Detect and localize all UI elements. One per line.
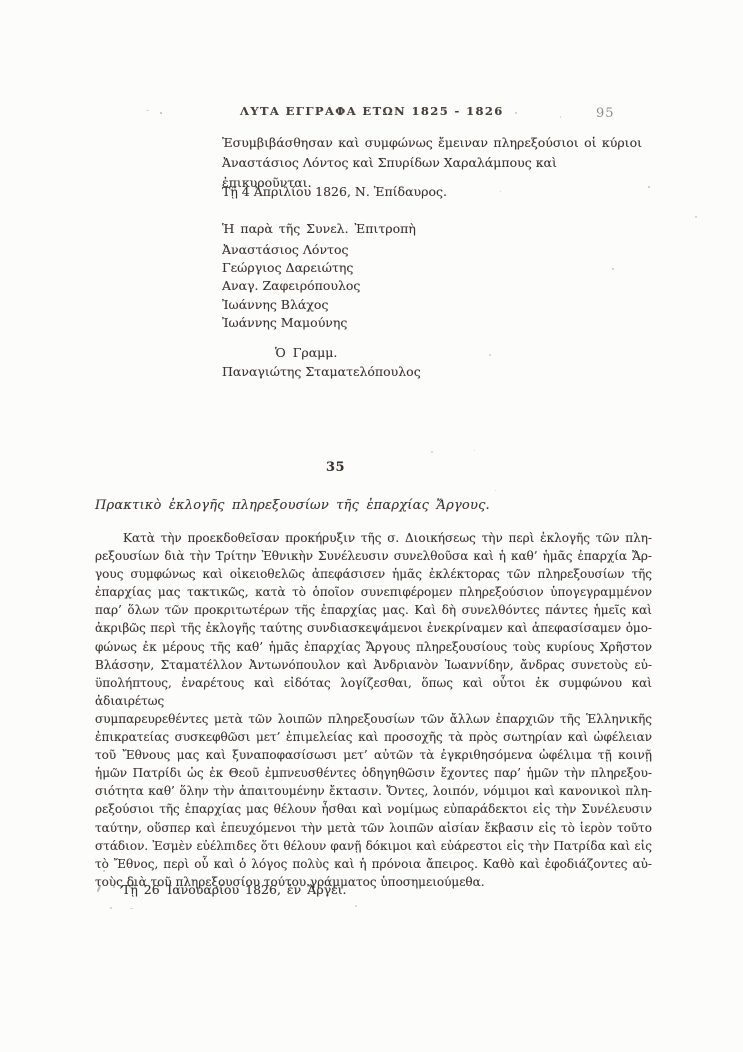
- scan-speck: [474, 450, 475, 451]
- scan-speck: [113, 886, 115, 888]
- committee-member: Ἰωάννης Μαμούνης: [222, 314, 642, 332]
- document-date-line: Τῇ 26 Ἰανουαρίου 1826, ἐν Ἄργει.: [122, 882, 347, 897]
- body-line: γους συμφώνως καὶ οἰκειοθελῶς ἀπεφάσισεν…: [95, 565, 652, 583]
- scan-speck: [515, 112, 517, 114]
- document-title: Πρακτικὸ ἐκλογῆς πληρεξουσίων τῆς ἐπαρχί…: [95, 498, 655, 513]
- committee-member-list: Ἀναστάσιος Λόντος Γεώργιος Δαρειώτης Ανα…: [222, 241, 642, 332]
- body-line: ταύτην, οὕσπερ καὶ ἐπευχόμενοι τὴν μετὰ …: [95, 819, 652, 837]
- body-line: σιότητα καθ’ ὅλην τὴν ἀπαιτουμένην ἔκτασ…: [95, 782, 652, 800]
- body-line: ἐπαρχίας μας τακτικῶς, κατὰ τὸ ὁποῖον συ…: [95, 583, 652, 601]
- scan-speck: [431, 451, 433, 453]
- scan-speck: [560, 116, 561, 118]
- body-line: συμπαρευρεθέντες μετὰ τῶν λοιπῶν πληρεξο…: [95, 710, 652, 728]
- body-line: ἐπικρατείας συσκεφθῶσι μετ’ ἐπιμελείας κ…: [95, 728, 652, 746]
- scan-speck: [110, 907, 112, 909]
- body-line: ρεξούσιοι τῆς ἐπαρχίας μας θέλουν ἦσθαι …: [95, 800, 652, 818]
- scan-speck: [103, 870, 105, 872]
- body-line: Βλάσσην, Σταματέλλον Ἀντωνόπουλον καὶ Ἀν…: [95, 656, 652, 674]
- scan-speck: [495, 490, 496, 491]
- document-body: Κατὰ τὴν προεκδοθεῖσαν προκήρυξιν τῆς σ.…: [95, 529, 652, 891]
- body-line: τὸ Ἔθνος, περὶ οὗ καὶ ὁ λόγος πολὺς καὶ …: [95, 855, 652, 873]
- body-line: φώνως ἐκ μέρους τῆς καθ’ ἡμᾶς ἐπαρχίας Ἄ…: [95, 638, 652, 656]
- committee-member: Γεώργιος Δαρειώτης: [222, 259, 642, 277]
- page-number: 95: [596, 106, 615, 121]
- scan-speck: [160, 112, 162, 114]
- body-line: ἀκριβῶς περὶ τῆς ἐκλογῆς ταύτης συνδιασκ…: [95, 619, 652, 637]
- secretary-label: Ὁ Γραμμ.: [275, 345, 337, 360]
- committee-member: Ἰωάννης Βλάχος: [222, 296, 642, 314]
- body-line: στάδιον. Ἐσμὲν εὐέλπιδες ὅτι θέλουν φανῇ…: [95, 837, 652, 855]
- body-line: παρ’ ὅλων τῶν προκριτωτέρων τῆς ἐπαρχίας…: [95, 601, 652, 619]
- body-line: τοῦ Ἔθνους μας καὶ ξυναποφασίσωσι μετ’ α…: [95, 746, 652, 764]
- scan-speck: [146, 110, 149, 111]
- committee-member: Ἀναστάσιος Λόντος: [222, 241, 642, 259]
- body-line: ϋπολήπτους, ἐναρέτους καὶ εἰδότας λογίζε…: [95, 674, 652, 710]
- scan-speck: [695, 216, 697, 218]
- document-number: 35: [326, 460, 345, 475]
- committee-heading: Ἡ παρὰ τῆς Συνελ. Ἐπιτροπὴ: [222, 219, 642, 239]
- closing-line: Ἐσυμβιβάσθησαν καὶ συμφώνως ἔμειναν πληρ…: [222, 133, 642, 153]
- running-head-title: ΛΥΤΑ ΕΓΓΡΑΦΑ ΕΤΩΝ 1825 - 1826: [240, 104, 468, 118]
- scan-speck: [648, 186, 650, 188]
- scan-speck: [130, 908, 133, 909]
- body-line: ἡμῶν Πατρίδι ὡς ἐκ Θεοῦ ἐμπνευσθέντες ὁδ…: [95, 764, 652, 782]
- scan-speck: [500, 191, 501, 192]
- session-date-line: Τῇ 4 Ἀπριλίου 1826, Ν. Ἐπίδαυρος.: [222, 182, 642, 202]
- scanned-book-page: ΛΥΤΑ ΕΓΓΡΑΦΑ ΕΤΩΝ 1825 - 1826 95 Ἐσυμβιβ…: [0, 0, 743, 1052]
- secretary-name: Παναγιώτης Σταματελόπουλος: [222, 364, 421, 379]
- scan-speck: [489, 354, 491, 356]
- scan-speck: [355, 905, 357, 907]
- scan-speck: [612, 268, 614, 270]
- body-line: Κατὰ τὴν προεκδοθεῖσαν προκήρυξιν τῆς σ.…: [95, 529, 652, 547]
- committee-member: Αναγ. Ζαφειρόπουλος: [222, 277, 642, 295]
- body-line: ρεξουσίων διὰ τὴν Τρίτην Ἐθνικὴν Συνέλευ…: [95, 547, 652, 565]
